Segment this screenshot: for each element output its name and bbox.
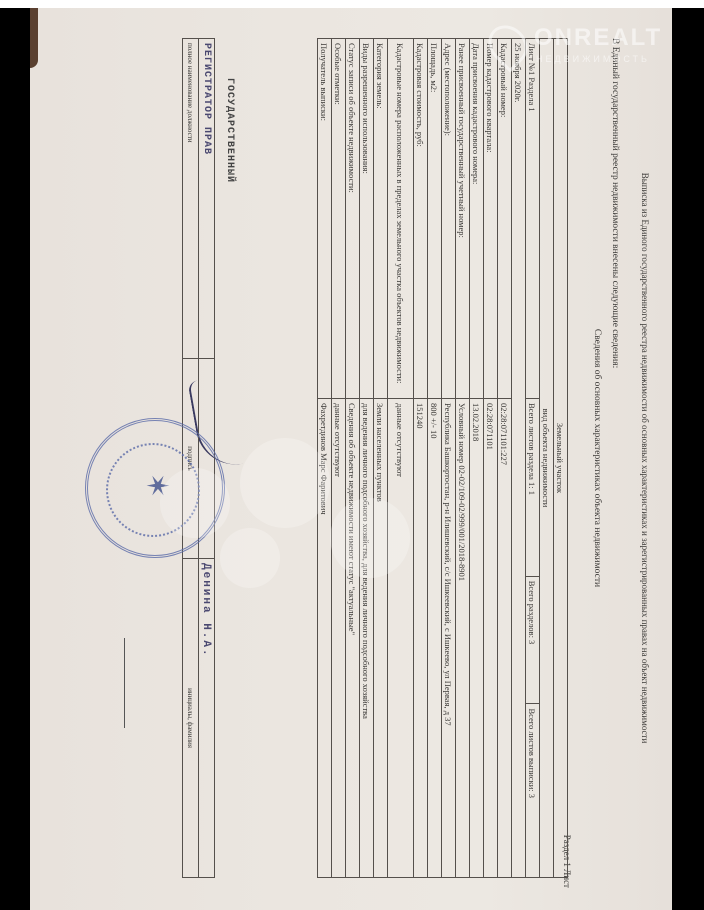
table-row: Кадастровый номер:02:28:071101:227 bbox=[498, 39, 512, 878]
table-row: Номер кадастрового квартала:02:28:071101 bbox=[484, 39, 498, 878]
viewer-top-bar bbox=[0, 0, 704, 8]
sheet-number: Лист №1 Раздела 1 bbox=[526, 39, 540, 399]
table-row: Ранее присвоенный государственный учетны… bbox=[456, 39, 470, 878]
sections-total: Всего разделов: 3 bbox=[526, 576, 540, 704]
sheets-total: Всего листов выписки: 3 bbox=[526, 704, 540, 878]
underline bbox=[124, 638, 125, 728]
document-photo[interactable]: Выписка из Единого государственного реес… bbox=[30, 8, 672, 910]
extract-title: Выписка из Единого государственного реес… bbox=[640, 38, 650, 878]
object-type: Земельный участок bbox=[554, 39, 568, 878]
avito-watermark bbox=[160, 438, 420, 588]
position-caption: полное наименование должности bbox=[183, 39, 199, 359]
table-row: Адрес (местоположение):Республика Башкор… bbox=[442, 39, 456, 878]
finger-shadow bbox=[30, 8, 38, 68]
extract-date: 25 ноября 2020г. bbox=[512, 39, 526, 878]
onrealt-watermark: ONREALT НЕДВИЖИМОСТЬ bbox=[490, 22, 680, 72]
watermark-brand: ONREALT bbox=[534, 24, 662, 52]
object-type-caption: вид объекта недвижимости bbox=[540, 39, 554, 878]
extract-intro: В Единый государственный реестр недвижим… bbox=[610, 38, 620, 878]
name-caption: инициалы, фамилия bbox=[183, 559, 199, 878]
registrar-name: Денина Н.А. bbox=[199, 559, 215, 878]
table-row: Площадь, м2:800 +/- 10 bbox=[428, 39, 442, 878]
table-row: Дата присвоения кадастрового номера:13.0… bbox=[470, 39, 484, 878]
watermark-subtitle: НЕДВИЖИМОСТЬ bbox=[536, 54, 650, 64]
registrar-position: РЕГИСТРАТОР ПРАВ bbox=[199, 39, 215, 359]
registrar-org: ГОСУДАРСТВЕННЫЙ bbox=[224, 78, 235, 183]
sheets-in-section: Всего листов раздела 1: 1 bbox=[526, 399, 540, 577]
section-heading: Сведения об основных характеристиках объ… bbox=[592, 38, 602, 878]
